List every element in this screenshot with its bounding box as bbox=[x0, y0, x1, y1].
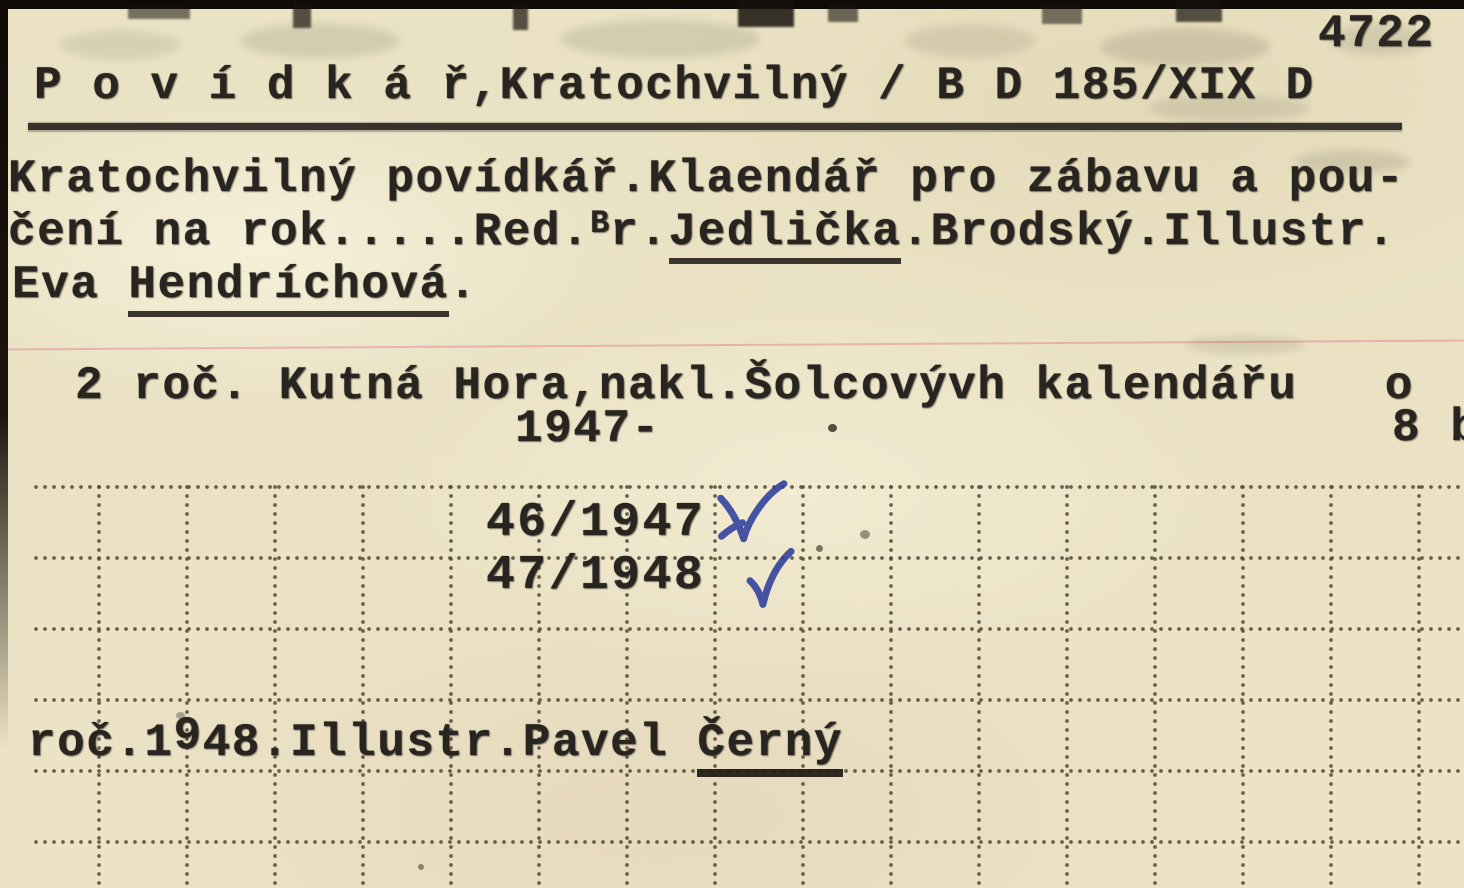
ink-smudge bbox=[828, 3, 858, 22]
ink-smudge bbox=[240, 24, 400, 58]
ink-smudge bbox=[128, 6, 190, 19]
description-line-2-post: .Brodský.Illustr. bbox=[901, 206, 1396, 258]
checkmark-icon bbox=[710, 479, 796, 551]
description-line-2: čení na rok.....Red.Br.Jedlička.Brodský.… bbox=[8, 206, 1396, 262]
ink-speck bbox=[828, 424, 837, 432]
illustrator-name-underlined: Hendríchová bbox=[128, 259, 448, 317]
scan-edge-left bbox=[0, 0, 8, 750]
ink-speck bbox=[176, 712, 185, 719]
checkmark-icon bbox=[743, 545, 803, 613]
ink-smudge bbox=[738, 0, 794, 27]
edition-years: 1947- bbox=[515, 403, 661, 456]
ink-smudge bbox=[1295, 150, 1410, 174]
ink-smudge bbox=[1042, 4, 1082, 24]
catalog-card: 4722 P o v í d k á ř,Kratochvilný / B D … bbox=[0, 0, 1464, 888]
annotation-mid: 48.Illustr.Pavel bbox=[203, 717, 698, 769]
ink-smudge bbox=[560, 20, 760, 58]
ink-speck bbox=[418, 864, 424, 870]
description-line-3-post: . bbox=[449, 259, 478, 311]
scan-edge-top bbox=[0, 0, 1464, 9]
ink-speck bbox=[816, 545, 823, 552]
format-note: 8 br bbox=[1392, 402, 1464, 455]
description-line-2-pre: čení na rok.....Red. bbox=[8, 206, 590, 258]
ink-smudge bbox=[513, 2, 528, 30]
annotation-line: roč.1948.Illustr.Pavel Černý bbox=[28, 717, 843, 770]
checkmark-stroke bbox=[749, 551, 793, 604]
ink-smudge bbox=[1100, 28, 1270, 66]
description-line-2-mid: r. bbox=[610, 206, 668, 258]
description-line-3-pre: Eva bbox=[12, 259, 128, 311]
ink-smudge bbox=[1176, 0, 1222, 22]
heading-title: P o v í d k á ř,Kratochvilný / B D 185/X… bbox=[34, 60, 1315, 113]
holding-entry-1: 46/1947 bbox=[486, 497, 705, 550]
ink-smudge bbox=[1150, 95, 1310, 121]
ink-speck bbox=[860, 530, 870, 539]
description-line-3: Eva Hendríchová. bbox=[12, 259, 478, 312]
edition-statement: 2 roč. Kutná Hora,nakl.Šolcovývh kalendá… bbox=[75, 360, 1414, 413]
ink-smudge bbox=[905, 24, 1035, 58]
superscript-letter: B bbox=[590, 205, 610, 242]
ink-smudge bbox=[1330, 24, 1430, 56]
ink-smudge bbox=[1185, 336, 1305, 354]
annotation-pre: roč.1 bbox=[28, 717, 174, 769]
checkmark-stroke bbox=[718, 484, 787, 540]
holding-entry-2: 47/1948 bbox=[486, 550, 705, 603]
heading-rule bbox=[28, 123, 1402, 130]
description-line-1: Kratochvilný povídkář.Klaendář pro zábav… bbox=[8, 153, 1405, 206]
ink-smudge bbox=[60, 30, 180, 60]
illustrator-name-underlined: Černý bbox=[697, 717, 843, 777]
editor-name-underlined: Jedlička bbox=[669, 206, 902, 264]
